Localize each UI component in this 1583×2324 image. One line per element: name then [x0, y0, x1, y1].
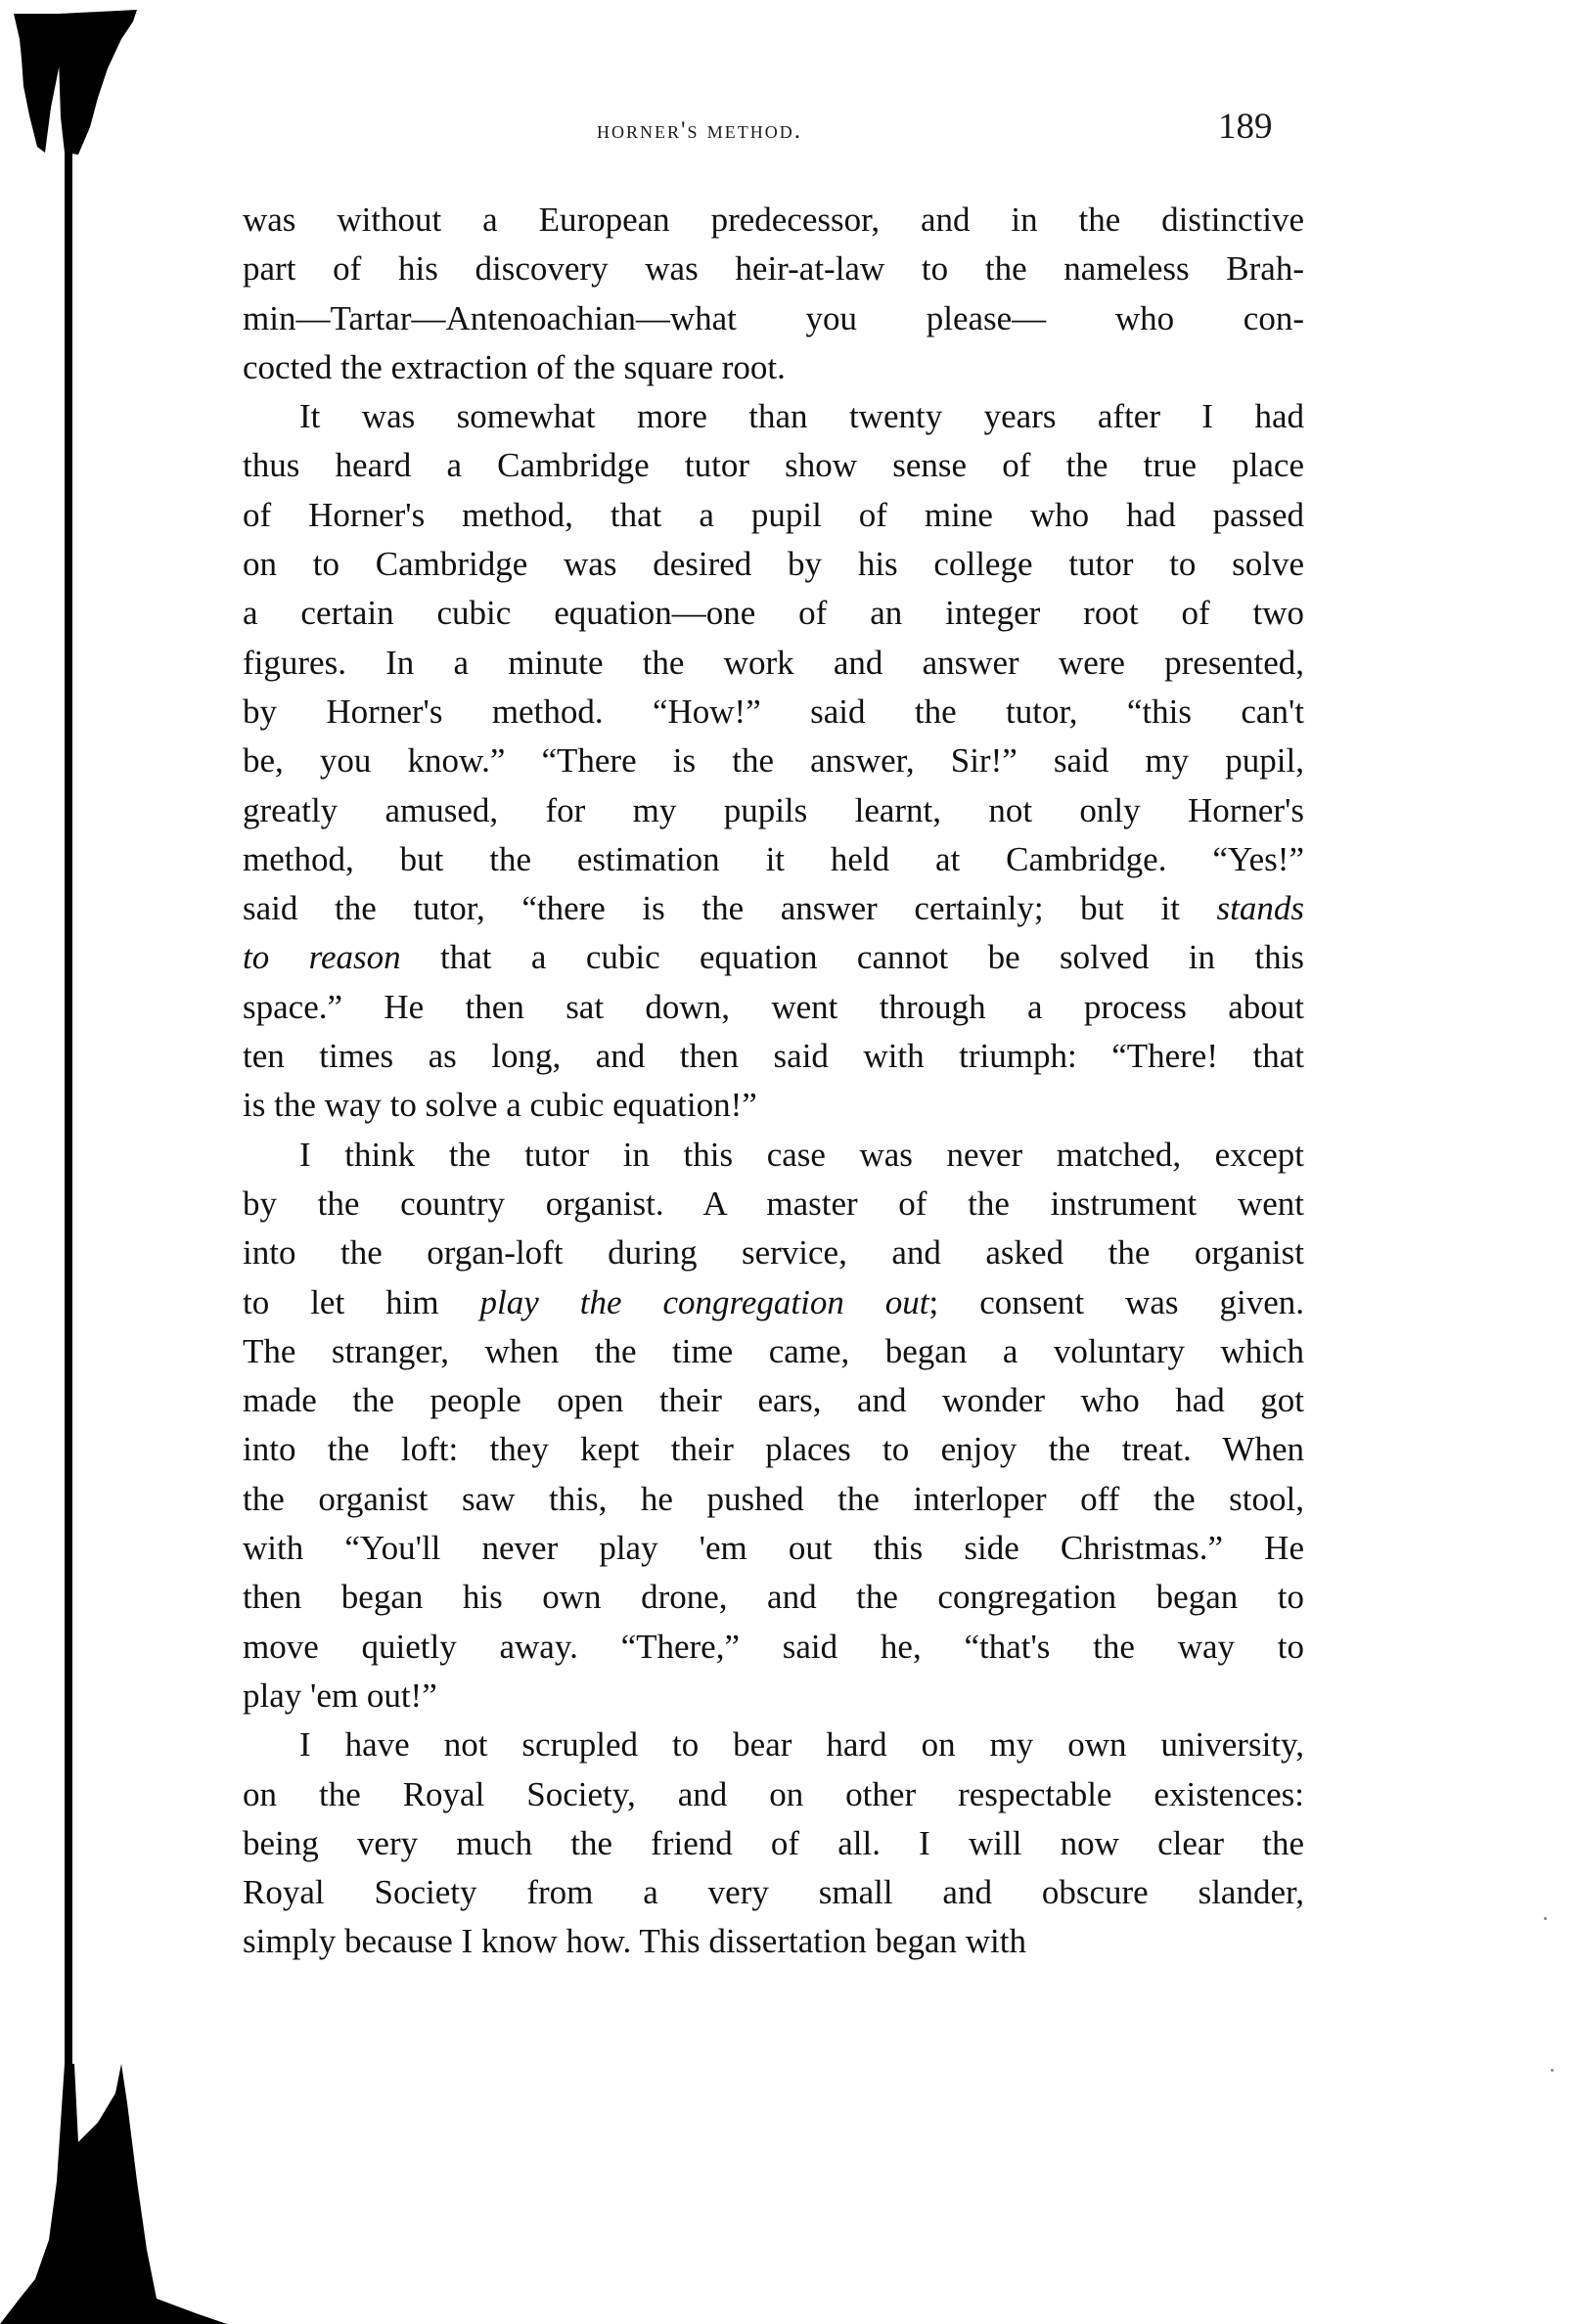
text-line: be, you know.” “There is the answer, Sir…	[243, 737, 1304, 785]
text-line: the organist saw this, he pushed the int…	[243, 1475, 1304, 1524]
text-line: on the Royal Society, and on other respe…	[243, 1770, 1304, 1819]
text-line: method, but the estimation it held at Ca…	[243, 835, 1304, 884]
text-line: into the organ-loft during service, and …	[243, 1229, 1304, 1277]
paragraph: was without a European predecessor, and …	[243, 196, 1304, 392]
paragraph: It was somewhat more than twenty years a…	[243, 392, 1304, 1130]
running-head: HORNER'S METHOD. 189	[0, 106, 1583, 164]
text-line: thus heard a Cambridge tutor show sense …	[243, 441, 1304, 490]
text-line: figures. In a minute the work and answer…	[243, 639, 1304, 688]
text-line: to reason that a cubic equation cannot b…	[243, 933, 1304, 982]
italic-emphasis: to reason	[243, 938, 401, 976]
text-line: by Horner's method. “How!” said the tuto…	[243, 688, 1304, 737]
text-line: play 'em out!”	[243, 1672, 1304, 1721]
text-line: part of his discovery was heir-at-law to…	[243, 245, 1304, 293]
paragraph: I have not scrupled to bear hard on my o…	[243, 1721, 1304, 1966]
text-line: It was somewhat more than twenty years a…	[243, 392, 1304, 441]
text-line: with “You'll never play 'em out this sid…	[243, 1524, 1304, 1573]
speck	[1544, 1917, 1547, 1920]
text-line: Royal Society from a very small and obsc…	[243, 1868, 1304, 1917]
text-line: a certain cubic equation—one of an integ…	[243, 589, 1304, 638]
text-line: was without a European predecessor, and …	[243, 196, 1304, 245]
text-line: move quietly away. “There,” said he, “th…	[243, 1623, 1304, 1672]
text-line: min—Tartar—Antenoachian—what you please—…	[243, 294, 1304, 343]
text-line: by the country organist. A master of the…	[243, 1180, 1304, 1229]
paragraph: I think the tutor in this case was never…	[243, 1131, 1304, 1721]
text-line: being very much the friend of all. I wil…	[243, 1819, 1304, 1868]
text-line: to let him play the congregation out; co…	[243, 1278, 1304, 1327]
binding-shadow-bottom	[0, 2064, 333, 2324]
text-line: of Horner's method, that a pupil of mine…	[243, 491, 1304, 540]
text-line: The stranger, when the time came, began …	[243, 1327, 1304, 1376]
text-line: cocted the extraction of the square root…	[243, 343, 1304, 392]
text-line: then began his own drone, and the congre…	[243, 1573, 1304, 1622]
text-line: is the way to solve a cubic equation!”	[243, 1081, 1304, 1130]
italic-emphasis: play the congregation out	[480, 1283, 929, 1321]
text-line: simply because I know how. This disserta…	[243, 1917, 1304, 1966]
text-line: greatly amused, for my pupils learnt, no…	[243, 786, 1304, 835]
speck	[1551, 2069, 1554, 2072]
text-line: on to Cambridge was desired by his colle…	[243, 540, 1304, 589]
binding-edge-line	[65, 137, 72, 2132]
text-line: into the loft: they kept their places to…	[243, 1425, 1304, 1474]
italic-emphasis: stands	[1217, 889, 1304, 927]
body-text: was without a European predecessor, and …	[243, 196, 1304, 1967]
text-line: I have not scrupled to bear hard on my o…	[243, 1721, 1304, 1769]
text-line: space.” He then sat down, went through a…	[243, 983, 1304, 1032]
page-number: 189	[1218, 106, 1273, 148]
text-line: said the tutor, “there is the answer cer…	[243, 884, 1304, 933]
running-title: HORNER'S METHOD.	[597, 117, 802, 145]
text-line: ten times as long, and then said with tr…	[243, 1032, 1304, 1081]
text-line: I think the tutor in this case was never…	[243, 1131, 1304, 1180]
text-line: made the people open their ears, and won…	[243, 1376, 1304, 1425]
